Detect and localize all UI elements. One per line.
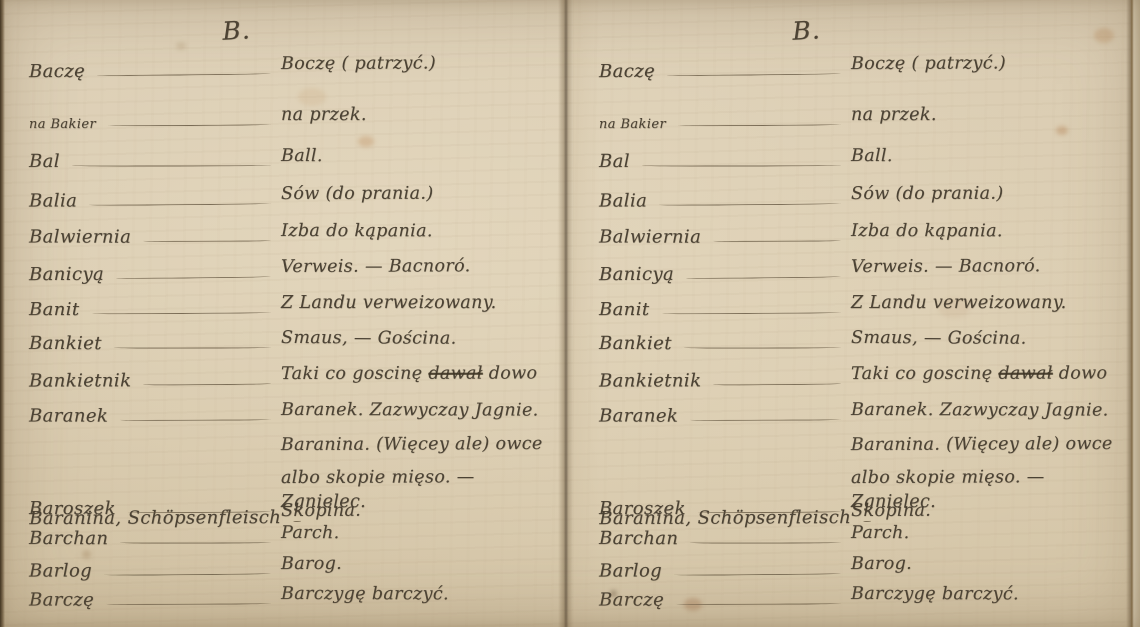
entry-term-area: Balia (29, 190, 281, 212)
entry-separator-line (674, 572, 841, 576)
entry-definition: Sów (do prania.) (281, 177, 554, 211)
entry-definition: Verweis. — Bacnoró. (851, 250, 1124, 284)
entry-row: BanicyąVerweis. — Bacnoró. (599, 250, 1124, 285)
entry-separator-line (114, 345, 271, 348)
entry-definition: Verweis. — Bacnoró. (281, 250, 554, 284)
entry-separator-line (92, 310, 271, 314)
entry-term-area: Banicyą (599, 263, 851, 285)
entry-definition: na przek. (851, 99, 1124, 132)
entry-row: BarchanParch. (29, 516, 554, 551)
entry-separator-line (662, 310, 841, 314)
entry-row: BaczęBoczę ( patrzyć.) (29, 47, 554, 82)
entry-term-area: Bankietnik (29, 370, 281, 392)
entry-term-area: Bankietnik (599, 370, 851, 392)
entry-separator-line (678, 123, 841, 127)
entry-term: na Bakier (599, 117, 666, 132)
entry-term: Bankietnik (29, 370, 131, 391)
entry-term-area: Banit (29, 299, 281, 320)
entry-term-area: Balwiernia (29, 226, 281, 248)
page-left: B. BaczęBoczę ( patrzyć.)na Bakierna prz… (3, 0, 560, 627)
entry-row: BarczęBarczygę barczyć. (29, 577, 554, 611)
entry-row: BankietSmaus, — Gościna. (599, 321, 1124, 356)
page-edge-right (1126, 0, 1140, 627)
entry-term-area: Balwiernia (599, 226, 851, 248)
entry-row: BanitZ Landu verweizowany. (599, 287, 1124, 320)
entry-term-area: Bankiet (29, 333, 281, 355)
entry-term: Balwiernia (599, 226, 701, 247)
entry-definition: Sów (do prania.) (851, 177, 1124, 211)
entry-rows-right: BaczęBoczę ( patrzyć.)na Bakierna przek.… (573, 0, 1130, 627)
entry-term: Bankietnik (599, 370, 701, 391)
entry-definition: Zgnielec. (281, 486, 554, 519)
entry-term: Baczę (599, 61, 655, 82)
entry-row: BaliaSów (do prania.) (599, 177, 1124, 211)
entry-definition: Smaus, — Gościna. (281, 322, 554, 356)
entry-term-area: Baranek (599, 405, 851, 427)
entry-separator-line (713, 382, 841, 386)
entry-term-area: Barchan (599, 528, 851, 550)
entry-term-area: Banit (599, 299, 851, 320)
entry-term-area: na Bakier (29, 117, 281, 132)
entry-term-area: Baranek (29, 405, 281, 427)
entry-definition: Taki co goscinę dawał dowo (851, 357, 1124, 391)
entry-term: Baranek (29, 405, 108, 426)
entry-term-area: Barczę (599, 589, 851, 611)
entry-term: na Bakier (29, 117, 96, 132)
entry-term: Bankiet (29, 333, 102, 354)
entry-term: Banicyą (599, 264, 674, 285)
entry-row: BarlogBarog. (599, 547, 1124, 581)
entry-term-area: na Bakier (599, 117, 851, 132)
entry-separator-line (97, 72, 271, 77)
entry-separator-line (676, 601, 841, 605)
entry-definition: Baranek. Zazwyczay Jagnie. (281, 394, 554, 428)
entry-row: BaranekBaranek. Zazwyczay Jagnie. (599, 393, 1124, 427)
entry-separator-line (690, 540, 841, 543)
entry-term-area: Bankiet (599, 333, 851, 355)
entry-term: Barczę (29, 589, 94, 610)
entry-term: Bankiet (599, 333, 672, 354)
entry-term: Baczę (29, 61, 85, 82)
entry-definition: Zgnielec. (851, 486, 1124, 519)
entry-separator-line (104, 572, 271, 576)
entry-definition: Taki co goscinę dawał dowo (281, 357, 554, 391)
entry-row: BarchanParch. (599, 516, 1124, 551)
entry-definition: Parch. (281, 517, 554, 551)
entry-term: Balwiernia (29, 226, 131, 247)
entry-row: BankietnikTaki co goscinę dawał dowo (599, 357, 1124, 391)
entry-term: Baranek (599, 405, 678, 426)
entry-term-area: Balia (599, 190, 851, 212)
entry-term-area: Baczę (29, 60, 281, 82)
entry-term: Balia (29, 190, 77, 211)
entry-definition: Barczygę barczyć. (281, 578, 554, 612)
entry-definition: Barog. (851, 547, 1124, 581)
entry-term-area: Baczę (599, 60, 851, 82)
entry-separator-line (143, 382, 271, 386)
entry-definition: Izba do kąpania. (281, 215, 554, 249)
entry-term: Balia (599, 190, 647, 211)
entry-separator-line (698, 510, 841, 514)
entry-term: Bal (599, 151, 630, 172)
entry-rows-left: BaczęBoczę ( patrzyć.)na Bakierna przek.… (3, 0, 560, 627)
entry-term: Barczę (599, 589, 664, 610)
entry-row: BaczęBoczę ( patrzyć.) (599, 47, 1124, 82)
entry-row: BalwierniaIzba do kąpania. (29, 214, 554, 248)
entry-separator-line (686, 275, 841, 280)
entry-row: BankietSmaus, — Gościna. (29, 321, 554, 356)
entry-term-area: Barchan (29, 528, 281, 550)
entry-term-area: Banicyą (29, 263, 281, 285)
page-edge-left (0, 0, 5, 627)
entry-separator-line (684, 345, 841, 348)
entry-separator-line (89, 201, 271, 205)
entry-definition: Barog. (281, 547, 554, 581)
entry-definition: na przek. (281, 99, 554, 132)
entry-separator-line (642, 163, 841, 166)
entry-definition: Smaus, — Gościna. (851, 322, 1124, 356)
entry-separator-line (120, 417, 271, 421)
entry-row: BalBall. (29, 139, 554, 174)
entry-separator-line (106, 601, 271, 605)
entry-row: BalBall. (599, 139, 1124, 174)
entry-term-area: Bal (599, 151, 851, 173)
entry-separator-line (667, 72, 841, 77)
entry-separator-line (143, 239, 271, 243)
entry-row: BaroszekZgnielec. (599, 486, 1124, 519)
entry-term: Barchan (599, 528, 678, 549)
entry-separator-line (108, 123, 271, 127)
entry-separator-line (116, 275, 271, 280)
entry-row: BaliaSów (do prania.) (29, 177, 554, 211)
entry-definition: Boczę ( patrzyć.) (851, 47, 1124, 81)
struck-word: dawał (428, 364, 483, 384)
entry-row: BarczęBarczygę barczyć. (599, 577, 1124, 611)
manuscript-spread: B. BaczęBoczę ( patrzyć.)na Bakierna prz… (0, 0, 1140, 627)
entry-row: na Bakierna przek. (599, 99, 1124, 132)
entry-definition: Ball. (281, 140, 554, 174)
entry-separator-line (120, 540, 271, 543)
entry-separator-line (128, 510, 271, 514)
entry-separator-line (690, 417, 841, 421)
entry-definition: Ball. (851, 140, 1124, 174)
page-right: B. BaczęBoczę ( patrzyć.)na Bakierna prz… (573, 0, 1130, 627)
entry-definition: Parch. (851, 517, 1124, 551)
entry-term-area: Barczę (29, 589, 281, 611)
entry-definition: Z Landu verweizowany. (851, 287, 1124, 320)
entry-row: BanitZ Landu verweizowany. (29, 287, 554, 320)
entry-term: Bal (29, 151, 60, 172)
entry-definition: Barczygę barczyć. (851, 578, 1124, 612)
entry-definition: Z Landu verweizowany. (281, 287, 554, 320)
entry-row: BanicyąVerweis. — Bacnoró. (29, 250, 554, 285)
page-gutter (558, 0, 574, 627)
entry-term: Banicyą (29, 264, 104, 285)
entry-term: Banit (599, 299, 650, 320)
entry-term: Barchan (29, 528, 108, 549)
entry-term-area: Bal (29, 151, 281, 173)
entry-separator-line (72, 163, 271, 166)
entry-separator-line (659, 201, 841, 205)
entry-definition: Izba do kąpania. (851, 215, 1124, 249)
entry-definition: Boczę ( patrzyć.) (281, 47, 554, 81)
entry-row: BaroszekZgnielec. (29, 486, 554, 519)
entry-row: BalwierniaIzba do kąpania. (599, 214, 1124, 248)
entry-row: BankietnikTaki co goscinę dawał dowo (29, 357, 554, 391)
entry-row: na Bakierna przek. (29, 99, 554, 132)
entry-term: Banit (29, 299, 80, 320)
struck-word: dawał (998, 364, 1053, 384)
entry-separator-line (713, 239, 841, 243)
entry-definition: Baranek. Zazwyczay Jagnie. (851, 394, 1124, 428)
entry-row: BarlogBarog. (29, 547, 554, 581)
entry-row: BaranekBaranek. Zazwyczay Jagnie. (29, 393, 554, 427)
